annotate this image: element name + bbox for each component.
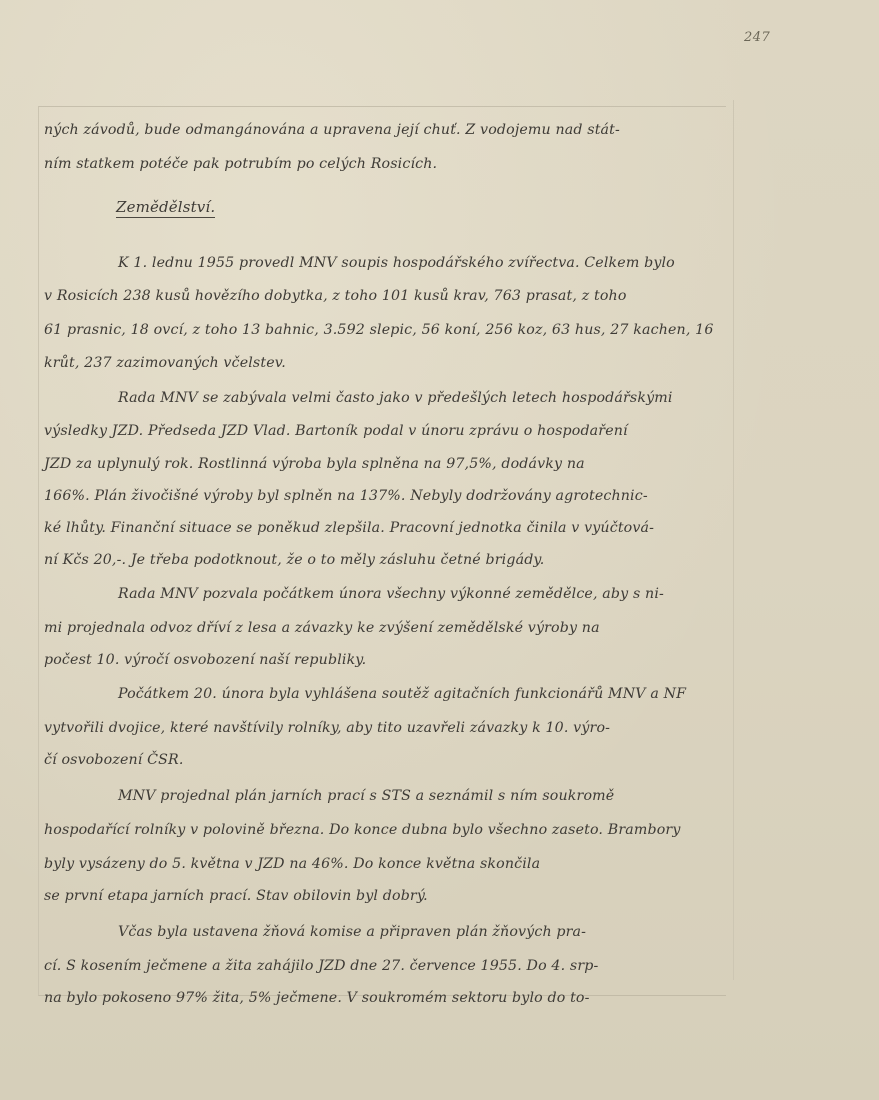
text-line: v Rosicích 238 kusů hovězího dobytka, z …	[44, 286, 627, 306]
text-line: K 1. lednu 1955 provedl MNV soupis hospo…	[118, 253, 675, 273]
section-heading: Zemědělství.	[116, 198, 215, 218]
text-line: ké lhůty. Finanční situace se poněkud zl…	[44, 518, 654, 538]
text-line: počest 10. výročí osvobození naší republ…	[44, 650, 366, 670]
text-line: Rada MNV pozvala počátkem února všechny …	[118, 584, 664, 604]
text-line: 166%. Plán živočišné výroby byl splněn n…	[44, 486, 648, 506]
page-number: 247	[744, 30, 770, 45]
text-line: na bylo pokoseno 97% žita, 5% ječmene. V…	[44, 988, 590, 1008]
text-line: JZD za uplynulý rok. Rostlinná výroba by…	[44, 454, 585, 474]
text-line: ní Kčs 20,-. Je třeba podotknout, že o t…	[44, 550, 544, 570]
text-line: čí osvobození ČSR.	[44, 750, 184, 770]
text-line: Včas byla ustavena žňová komise a připra…	[118, 922, 586, 942]
text-line: Počátkem 20. února byla vyhlášena soutěž…	[118, 684, 686, 704]
text-line: výsledky JZD. Předseda JZD Vlad. Bartoní…	[44, 421, 628, 441]
text-line: byly vysázeny do 5. května v JZD na 46%.…	[44, 854, 540, 874]
text-line: vytvořili dvojice, které navštívily roln…	[44, 718, 610, 738]
text-line: ných závodů, bude odmangánována a uprave…	[44, 120, 620, 140]
text-line: MNV projednal plán jarních prací s STS a…	[118, 786, 614, 806]
text-line: cí. S kosením ječmene a žita zahájilo JZ…	[44, 956, 598, 976]
ruled-frame-right-margin	[733, 100, 734, 980]
text-line: ním statkem potéče pak potrubím po celýc…	[44, 154, 437, 174]
text-line: Rada MNV se zabývala velmi často jako v …	[118, 388, 673, 408]
text-line: 61 prasnic, 18 ovcí, z toho 13 bahnic, 3…	[44, 320, 714, 340]
text-line: hospodařící rolníky v polovině března. D…	[44, 820, 681, 840]
text-line: krůt, 237 zazimovaných včelstev.	[44, 353, 286, 373]
chronicle-page: 247 ných závodů, bude odmangánována a up…	[0, 0, 879, 1100]
text-line: se první etapa jarních prací. Stav obilo…	[44, 886, 428, 906]
text-line: mi projednala odvoz dříví z lesa a závaz…	[44, 618, 600, 638]
